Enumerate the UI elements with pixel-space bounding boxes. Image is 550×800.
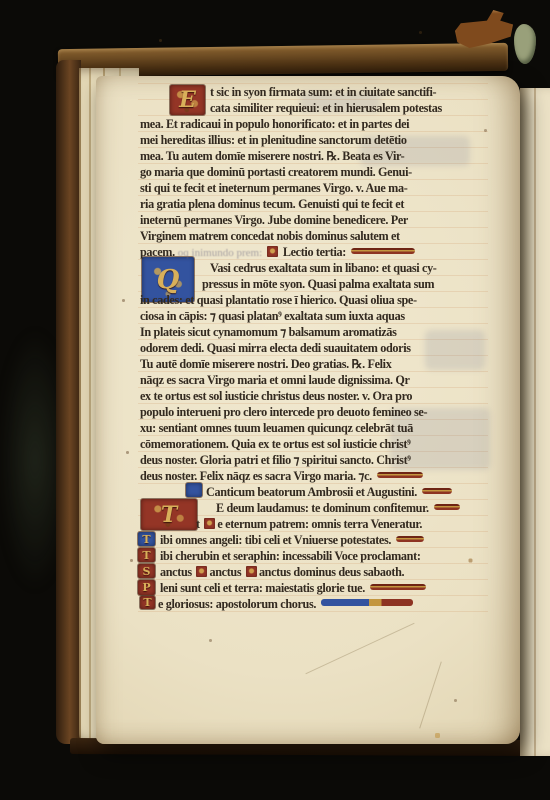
manuscript-line: t sic in syon firmata sum: et in ciuitat… xyxy=(140,84,488,100)
line-text: ibi cherubin et seraphin: incessabili Vo… xyxy=(160,549,421,563)
line-filler-ornament xyxy=(422,488,452,494)
line-text: pacem. xyxy=(140,245,175,259)
manuscript-line: ria gratia plena dominus tecum. Genuisti… xyxy=(140,196,488,212)
line-text: xu: sentiant omnes tuum leuamen quicunqz… xyxy=(140,421,413,435)
manuscript-line: In plateis sicut cynamomum ⁊ balsamum ar… xyxy=(140,324,488,340)
manuscript-line: xu: sentiant omnes tuum leuamen quicunqz… xyxy=(140,420,488,436)
line-filler-ornament xyxy=(351,248,415,254)
manuscript-line: ibi omnes angeli: tibi celi et Vniuerse … xyxy=(140,532,488,548)
inline-initial-block xyxy=(246,566,257,577)
manuscript-line: Virginem matrem concedat nobis dominus s… xyxy=(140,228,488,244)
line-text: ex te ortus est sol iusticie christus de… xyxy=(140,389,412,403)
inline-initial-block xyxy=(196,566,207,577)
line-filler-ornament xyxy=(434,504,460,510)
line-text: anctus xyxy=(160,565,194,579)
line-text: ria gratia plena dominus tecum. Genuisti… xyxy=(140,197,404,211)
line-text: Lectio tertia: xyxy=(280,245,346,259)
manuscript-line: ineternū permanes Virgo. Jube domine ben… xyxy=(140,212,488,228)
line-text: mea. Tu autem domīe miserere nostri. ℞. … xyxy=(140,149,404,163)
clasp-fitting-green xyxy=(514,24,536,64)
line-text: Tu autē domīe miserere nostri. Deo grati… xyxy=(140,357,391,371)
line-text: Canticum beatorum Ambrosii et Augustini. xyxy=(206,485,417,499)
manuscript-line: t e eternum patrem: omnis terra Veneratu… xyxy=(140,516,488,532)
line-text: cata similiter requieui: et in hierusale… xyxy=(210,101,442,115)
line-text: E deum laudamus: te dominum confitemur. xyxy=(216,501,429,515)
line-text: nāqz es sacra Virgo maria et omni laude … xyxy=(140,373,410,387)
line-text: ibi omnes angeli: tibi celi et Vniuerse … xyxy=(160,533,391,547)
facing-page-edge xyxy=(520,88,550,756)
line-text: In plateis sicut cynamomum ⁊ balsamum ar… xyxy=(140,325,397,339)
line-text: go maria que dominū portasti creatorem m… xyxy=(140,165,412,179)
manuscript-line: mea. Tu autem domīe miserere nostri. ℞. … xyxy=(140,148,488,164)
line-filler-ornament xyxy=(370,584,426,590)
manuscript-line: ex te ortus est sol iusticie christus de… xyxy=(140,388,488,404)
page-crease xyxy=(534,88,536,756)
line-text: ineternū permanes Virgo. Jube domine ben… xyxy=(140,213,408,227)
line-text: in cades: et quasi plantatio rose ī hier… xyxy=(140,293,417,307)
foxing-specks xyxy=(0,0,1,1)
manuscript-line: populo interueni pro clero intercede pro… xyxy=(140,404,488,420)
line-text: t xyxy=(196,517,202,531)
line-text: t sic in syon firmata sum: et in ciuitat… xyxy=(210,85,436,99)
manuscript-line: odorem dedi. Quasi mirra electa dedi sua… xyxy=(140,340,488,356)
line-text: e gloriosus: apostolorum chorus. xyxy=(158,597,316,611)
manuscript-line: deus noster. Gloria patri et filio ⁊ spi… xyxy=(140,452,488,468)
text-block: t sic in syon firmata sum: et in ciuitat… xyxy=(140,84,488,612)
line-text: ciosa in cāpis: ⁊ quasi platan⁹ exaltata… xyxy=(140,309,405,323)
manuscript-line: mea. Et radicaui in populo honorificato:… xyxy=(140,116,488,132)
line-filler-ornament xyxy=(396,536,424,542)
manuscript-line: anctus anctus anctus dominus deus sabaot… xyxy=(140,564,488,580)
line-text: mei hereditas illius: et in plenitudine … xyxy=(140,133,407,147)
manuscript-line: ibi cherubin et seraphin: incessabili Vo… xyxy=(140,548,488,564)
line-text: anctus xyxy=(209,565,243,579)
line-text: leni sunt celi et terra: maiestatis glor… xyxy=(160,581,365,595)
bleedthrough-text: oq inimundo prem: xyxy=(178,247,262,259)
line-text: Vasi cedrus exaltata sum in libano: et q… xyxy=(210,261,437,275)
manuscript-line: Canticum beatorum Ambrosii et Augustini. xyxy=(140,484,488,500)
manuscript-line: E deum laudamus: te dominum confitemur. xyxy=(140,500,488,516)
manuscript-line: mei hereditas illius: et in plenitudine … xyxy=(140,132,488,148)
line-text: odorem dedi. Quasi mirra electa dedi sua… xyxy=(140,341,411,355)
manuscript-line: Tu autē domīe miserere nostri. Deo grati… xyxy=(140,356,488,372)
line-text: anctus dominus deus sabaoth. xyxy=(259,565,404,579)
manuscript-line: in cades: et quasi plantatio rose ī hier… xyxy=(140,292,488,308)
manuscript-line: ciosa in cāpis: ⁊ quasi platan⁹ exaltata… xyxy=(140,308,488,324)
manuscript-line: cōmemorationem. Quia ex te ortus est sol… xyxy=(140,436,488,452)
manuscript-line: Vasi cedrus exaltata sum in libano: et q… xyxy=(140,260,488,276)
line-text: deus noster. Gloria patri et filio ⁊ spi… xyxy=(140,453,411,467)
line-text: deus noster. Felix nāqz es sacra Virgo m… xyxy=(140,469,372,483)
line-text: pressus in mōte syon. Quasi palma exalta… xyxy=(202,277,434,291)
book-left-leather-edge xyxy=(56,60,81,744)
inline-initial-block xyxy=(204,518,215,529)
manuscript-line: nāqz es sacra Virgo maria et omni laude … xyxy=(140,372,488,388)
inline-initial-block xyxy=(267,246,278,257)
line-text: e eternum patrem: omnis terra Veneratur. xyxy=(217,517,422,531)
manuscript-line: e gloriosus: apostolorum chorus. xyxy=(140,596,488,612)
manuscript-line: deus noster. Felix nāqz es sacra Virgo m… xyxy=(140,468,488,484)
line-text: populo interueni pro clero intercede pro… xyxy=(140,405,427,419)
manuscript-line: pacem.oq inimundo prem: Lectio tertia: xyxy=(140,244,488,260)
manuscript-line: sti qui te fecit et ineternum permanes V… xyxy=(140,180,488,196)
manuscript-line: cata similiter requieui: et in hierusale… xyxy=(140,100,488,116)
line-text: sti qui te fecit et ineternum permanes V… xyxy=(140,181,407,195)
manuscript-line: pressus in mōte syon. Quasi palma exalta… xyxy=(140,276,488,292)
line-text: cōmemorationem. Quia ex te ortus est sol… xyxy=(140,437,410,451)
line-text: Virginem matrem concedat nobis dominus s… xyxy=(140,229,400,243)
manuscript-line: leni sunt celi et terra: maiestatis glor… xyxy=(140,580,488,596)
line-filler-ornament xyxy=(377,472,423,478)
manuscript-line: go maria que dominū portasti creatorem m… xyxy=(140,164,488,180)
manuscript-photograph: EQTTTSPT t sic in syon firmata sum: et i… xyxy=(0,0,550,800)
line-filler-ornament xyxy=(321,599,413,606)
line-text: mea. Et radicaui in populo honorificato:… xyxy=(140,117,409,131)
